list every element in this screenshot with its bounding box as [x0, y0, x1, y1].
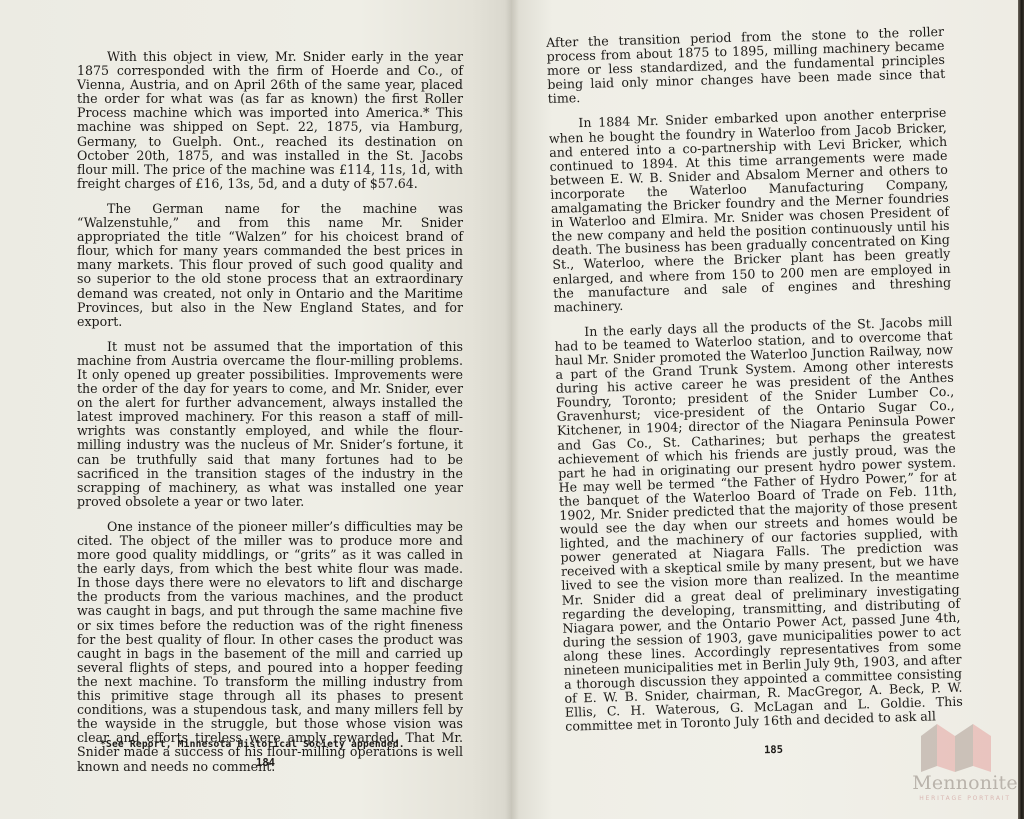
- paragraph: After the transition period from the sto…: [546, 25, 946, 107]
- paragraph: In 1884 Mr. Snider embarked upon another…: [548, 106, 951, 314]
- page-edge: [1018, 0, 1024, 819]
- mennonite-logo-icon: [919, 722, 995, 772]
- watermark-subtitle: HERITAGE PORTRAIT: [905, 795, 1024, 802]
- page-number: 185: [764, 744, 783, 756]
- paragraph: It must not be assumed that the importat…: [77, 340, 463, 509]
- paragraph: In the early days all the products of th…: [554, 315, 963, 735]
- watermark: Mennonite HERITAGE PORTRAIT: [905, 722, 1020, 817]
- left-page: With this object in view, Mr. Snider ear…: [0, 0, 512, 819]
- footnote: *See Report, Minnesota Historical Societ…: [100, 739, 405, 750]
- page-number: 184: [256, 757, 275, 769]
- book-gutter: [505, 0, 519, 819]
- paragraph: With this object in view, Mr. Snider ear…: [77, 50, 463, 191]
- paragraph: One instance of the pioneer miller’s dif…: [77, 520, 463, 774]
- watermark-title: Mennonite: [905, 772, 1024, 794]
- paragraph: The German name for the machine was “Wal…: [77, 202, 463, 329]
- book-spread: With this object in view, Mr. Snider ear…: [0, 0, 1018, 819]
- left-page-body: With this object in view, Mr. Snider ear…: [77, 50, 463, 785]
- right-page-body: After the transition period from the sto…: [546, 25, 964, 745]
